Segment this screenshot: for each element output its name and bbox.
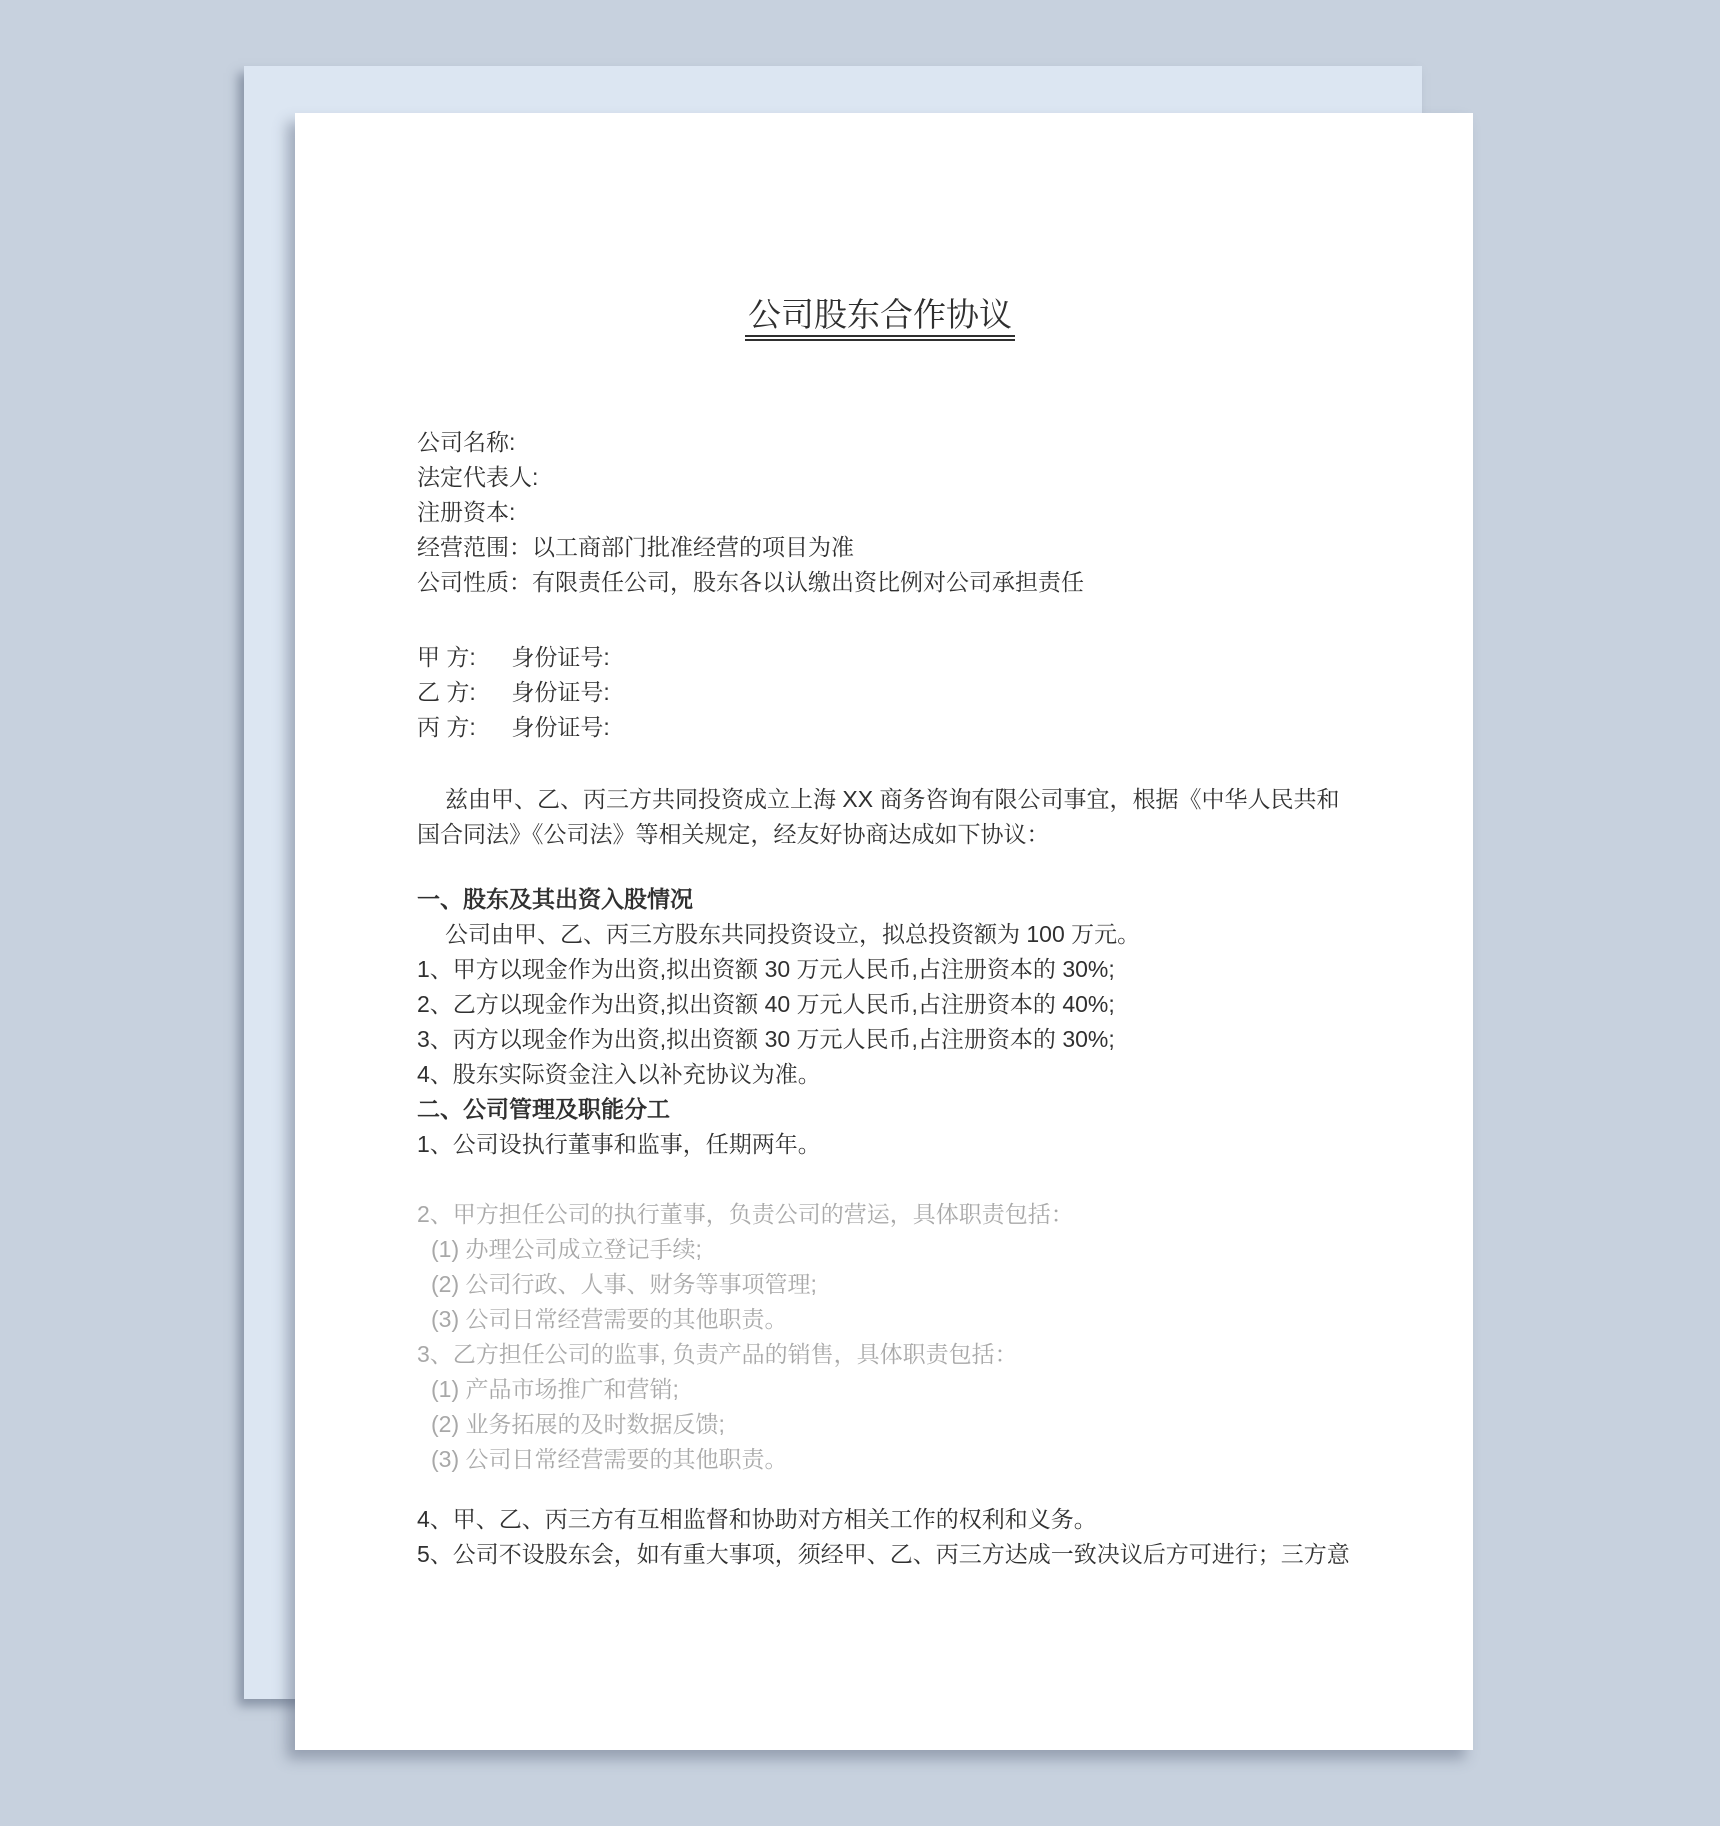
party-c-label: 丙 方: xyxy=(417,710,505,745)
field-legal-representative: 法定代表人: xyxy=(417,460,1343,495)
party-b-label: 乙 方: xyxy=(417,675,505,710)
section-2-item-3-sub-1: (1) 产品市场推广和营销; xyxy=(417,1372,1343,1407)
party-row-a: 甲 方: 身份证号: xyxy=(417,640,1343,675)
document-page: 公司股东合作协议 公司名称: 法定代表人: 注册资本: 经营范围：以工商部门批准… xyxy=(295,113,1473,1750)
document-title: 公司股东合作协议 xyxy=(745,297,1015,341)
intro-paragraph-line-2: 国合同法》《公司法》等相关规定，经友好协商达成如下协议： xyxy=(417,817,1343,852)
section-2-item-4: 4、甲、乙、丙三方有互相监督和协助对方相关工作的权利和义务。 xyxy=(417,1502,1343,1537)
section-2-item-3-sub-3: (3) 公司日常经营需要的其他职责。 xyxy=(417,1442,1343,1477)
field-registered-capital: 注册资本: xyxy=(417,495,1343,530)
spacer xyxy=(417,745,1343,782)
section-1-item-1: 1、甲方以现金作为出资,拟出资额 30 万元人民币,占注册资本的 30%; xyxy=(417,952,1343,987)
section-1-intro: 公司由甲、乙、丙三方股东共同投资设立，拟总投资额为 100 万元。 xyxy=(417,917,1343,952)
field-company-nature: 公司性质：有限责任公司，股东各以认缴出资比例对公司承担责任 xyxy=(417,565,1343,600)
spacer xyxy=(417,1477,1343,1502)
party-row-b: 乙 方: 身份证号: xyxy=(417,675,1343,710)
section-2-item-3: 3、乙方担任公司的监事, 负责产品的销售，具体职责包括： xyxy=(417,1337,1343,1372)
section-2-item-2-sub-3: (3) 公司日常经营需要的其他职责。 xyxy=(417,1302,1343,1337)
section-2-item-2: 2、甲方担任公司的执行董事，负责公司的营运，具体职责包括： xyxy=(417,1197,1343,1232)
section-1-item-4: 4、股东实际资金注入以补充协议为准。 xyxy=(417,1057,1343,1092)
section-2-item-2-sub-1: (1) 办理公司成立登记手续; xyxy=(417,1232,1343,1267)
party-a-id-label: 身份证号: xyxy=(511,644,609,670)
intro-paragraph-line-1: 兹由甲、乙、丙三方共同投资成立上海 XX 商务咨询有限公司事宜，根据《中华人民共… xyxy=(417,782,1343,817)
section-1-item-2: 2、乙方以现金作为出资,拟出资额 40 万元人民币,占注册资本的 40%; xyxy=(417,987,1343,1022)
field-business-scope: 经营范围：以工商部门批准经营的项目为准 xyxy=(417,530,1343,565)
section-2-item-5: 5、公司不设股东会，如有重大事项，须经甲、乙、丙三方达成一致决议后方可进行；三方… xyxy=(417,1537,1343,1572)
party-c-id-label: 身份证号: xyxy=(511,714,609,740)
field-company-name: 公司名称: xyxy=(417,425,1343,460)
spacer xyxy=(417,600,1343,640)
spacer xyxy=(417,852,1343,882)
section-2-item-2-sub-2: (2) 公司行政、人事、财务等事项管理; xyxy=(417,1267,1343,1302)
party-a-label: 甲 方: xyxy=(417,640,505,675)
section-1-item-3: 3、丙方以现金作为出资,拟出资额 30 万元人民币,占注册资本的 30%; xyxy=(417,1022,1343,1057)
spacer xyxy=(417,1162,1343,1197)
party-b-id-label: 身份证号: xyxy=(511,679,609,705)
section-2-heading: 二、公司管理及职能分工 xyxy=(417,1092,1343,1127)
document-body: 公司名称: 法定代表人: 注册资本: 经营范围：以工商部门批准经营的项目为准 公… xyxy=(417,425,1343,1572)
desktop-background: 公司股东合作协议 公司名称: 法定代表人: 注册资本: 经营范围：以工商部门批准… xyxy=(0,0,1720,1826)
section-1-heading: 一、股东及其出资入股情况 xyxy=(417,882,1343,917)
section-2-item-1: 1、公司设执行董事和监事，任期两年。 xyxy=(417,1127,1343,1162)
section-2-item-3-sub-2: (2) 业务拓展的及时数据反馈; xyxy=(417,1407,1343,1442)
title-row: 公司股东合作协议 xyxy=(417,297,1343,339)
party-row-c: 丙 方: 身份证号: xyxy=(417,710,1343,745)
